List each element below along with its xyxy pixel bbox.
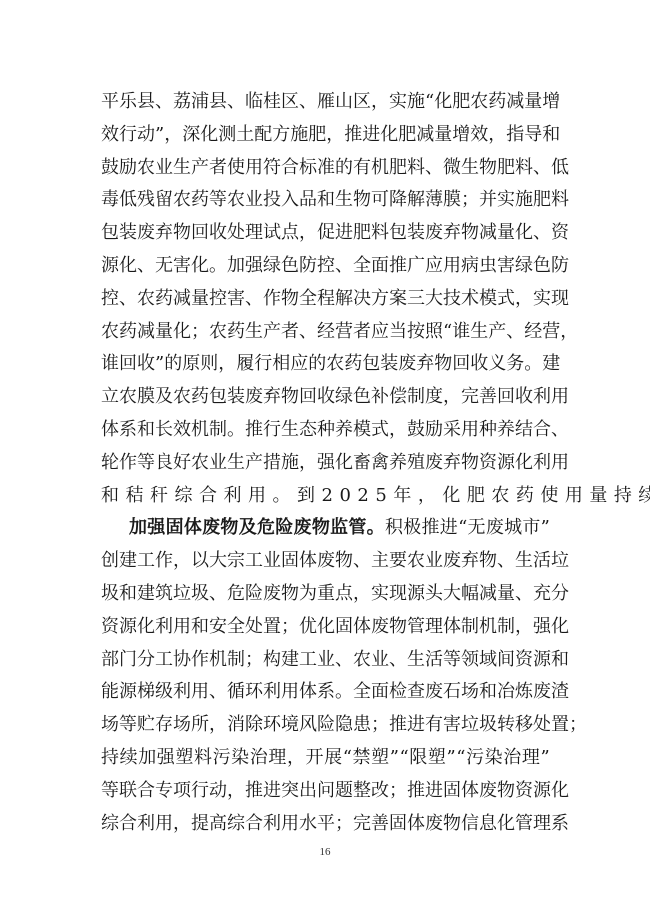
- text-line: 等联合专项行动，推进突出问题整改；推进固体废物资源化: [101, 775, 550, 808]
- text-line: 加强固体废物及危险废物监管。积极推进“无废城市”: [101, 512, 550, 545]
- text-line: 控、农药减量控害、作物全程解决方案三大技术模式，实现: [101, 283, 550, 316]
- text-line: 体系和长效机制。推行生态种养模式，鼓励采用种养结合、: [101, 414, 550, 447]
- text-line: 场等贮存场所，消除环境风险隐患；推进有害垃圾转移处置；: [101, 709, 550, 742]
- text-line: 部门分工协作机制；构建工业、农业、生活等领域间资源和: [101, 644, 550, 677]
- text-line: 包装废弃物回收处理试点，促进肥料包装废弃物减量化、资: [101, 217, 550, 250]
- page-number: 16: [0, 846, 650, 858]
- body-text: 平乐县、荔浦县、临桂区、雁山区，实施“化肥农药减量增效行动”，深化测土配方施肥，…: [101, 86, 550, 840]
- text-line: 轮作等良好农业生产措施，强化畜禽养殖废弃物资源化利用: [101, 447, 550, 480]
- document-page: 平乐县、荔浦县、临桂区、雁山区，实施“化肥农药减量增效行动”，深化测土配方施肥，…: [0, 0, 650, 919]
- text-line: 谁回收”的原则，履行相应的农药包装废弃物回收义务。建: [101, 348, 550, 381]
- text-line: 能源梯级利用、循环利用体系。全面检查废石场和冶炼废渣: [101, 676, 550, 709]
- text-line: 创建工作，以大宗工业固体废物、主要农业废弃物、生活垃: [101, 545, 550, 578]
- text-line: 毒低残留农药等农业投入品和生物可降解薄膜；并实施肥料: [101, 184, 550, 217]
- text-line: 和秸秆综合利用。到2025年，化肥农药使用量持续减少。: [101, 480, 550, 513]
- text-line: 资源化利用和安全处置；优化固体废物管理体制机制，强化: [101, 611, 550, 644]
- text-line: 圾和建筑垃圾、危险废物为重点，实现源头大幅减量、充分: [101, 578, 550, 611]
- text-line: 效行动”，深化测土配方施肥，推进化肥减量增效，指导和: [101, 119, 550, 152]
- text-line: 立农膜及农药包装废弃物回收绿色补偿制度，完善回收利用: [101, 381, 550, 414]
- text-line: 农药减量化；农药生产者、经营者应当按照“谁生产、经营，: [101, 316, 550, 349]
- text-line: 鼓励农业生产者使用符合标准的有机肥料、微生物肥料、低: [101, 152, 550, 185]
- text-line: 综合利用，提高综合利用水平；完善固体废物信息化管理系: [101, 808, 550, 841]
- text-line: 源化、无害化。加强绿色防控、全面推广应用病虫害绿色防: [101, 250, 550, 283]
- text-line: 持续加强塑料污染治理，开展“禁塑”“限塑”“污染治理”: [101, 742, 550, 775]
- text-line: 平乐县、荔浦县、临桂区、雁山区，实施“化肥农药减量增: [101, 86, 550, 119]
